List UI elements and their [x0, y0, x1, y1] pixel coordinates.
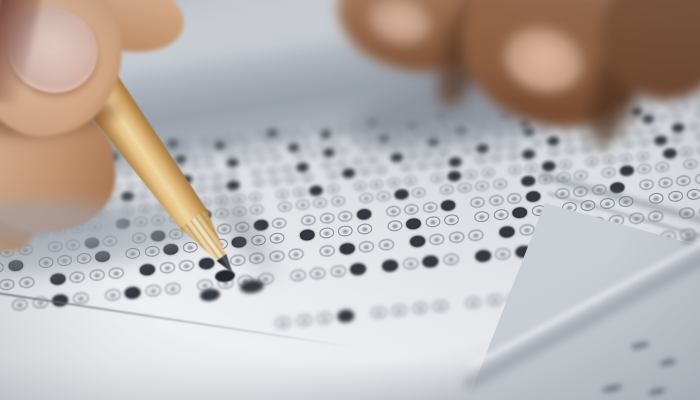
writing-hand [0, 0, 700, 400]
photo-scene [0, 0, 700, 400]
finger-paper-shadow [0, 200, 130, 244]
